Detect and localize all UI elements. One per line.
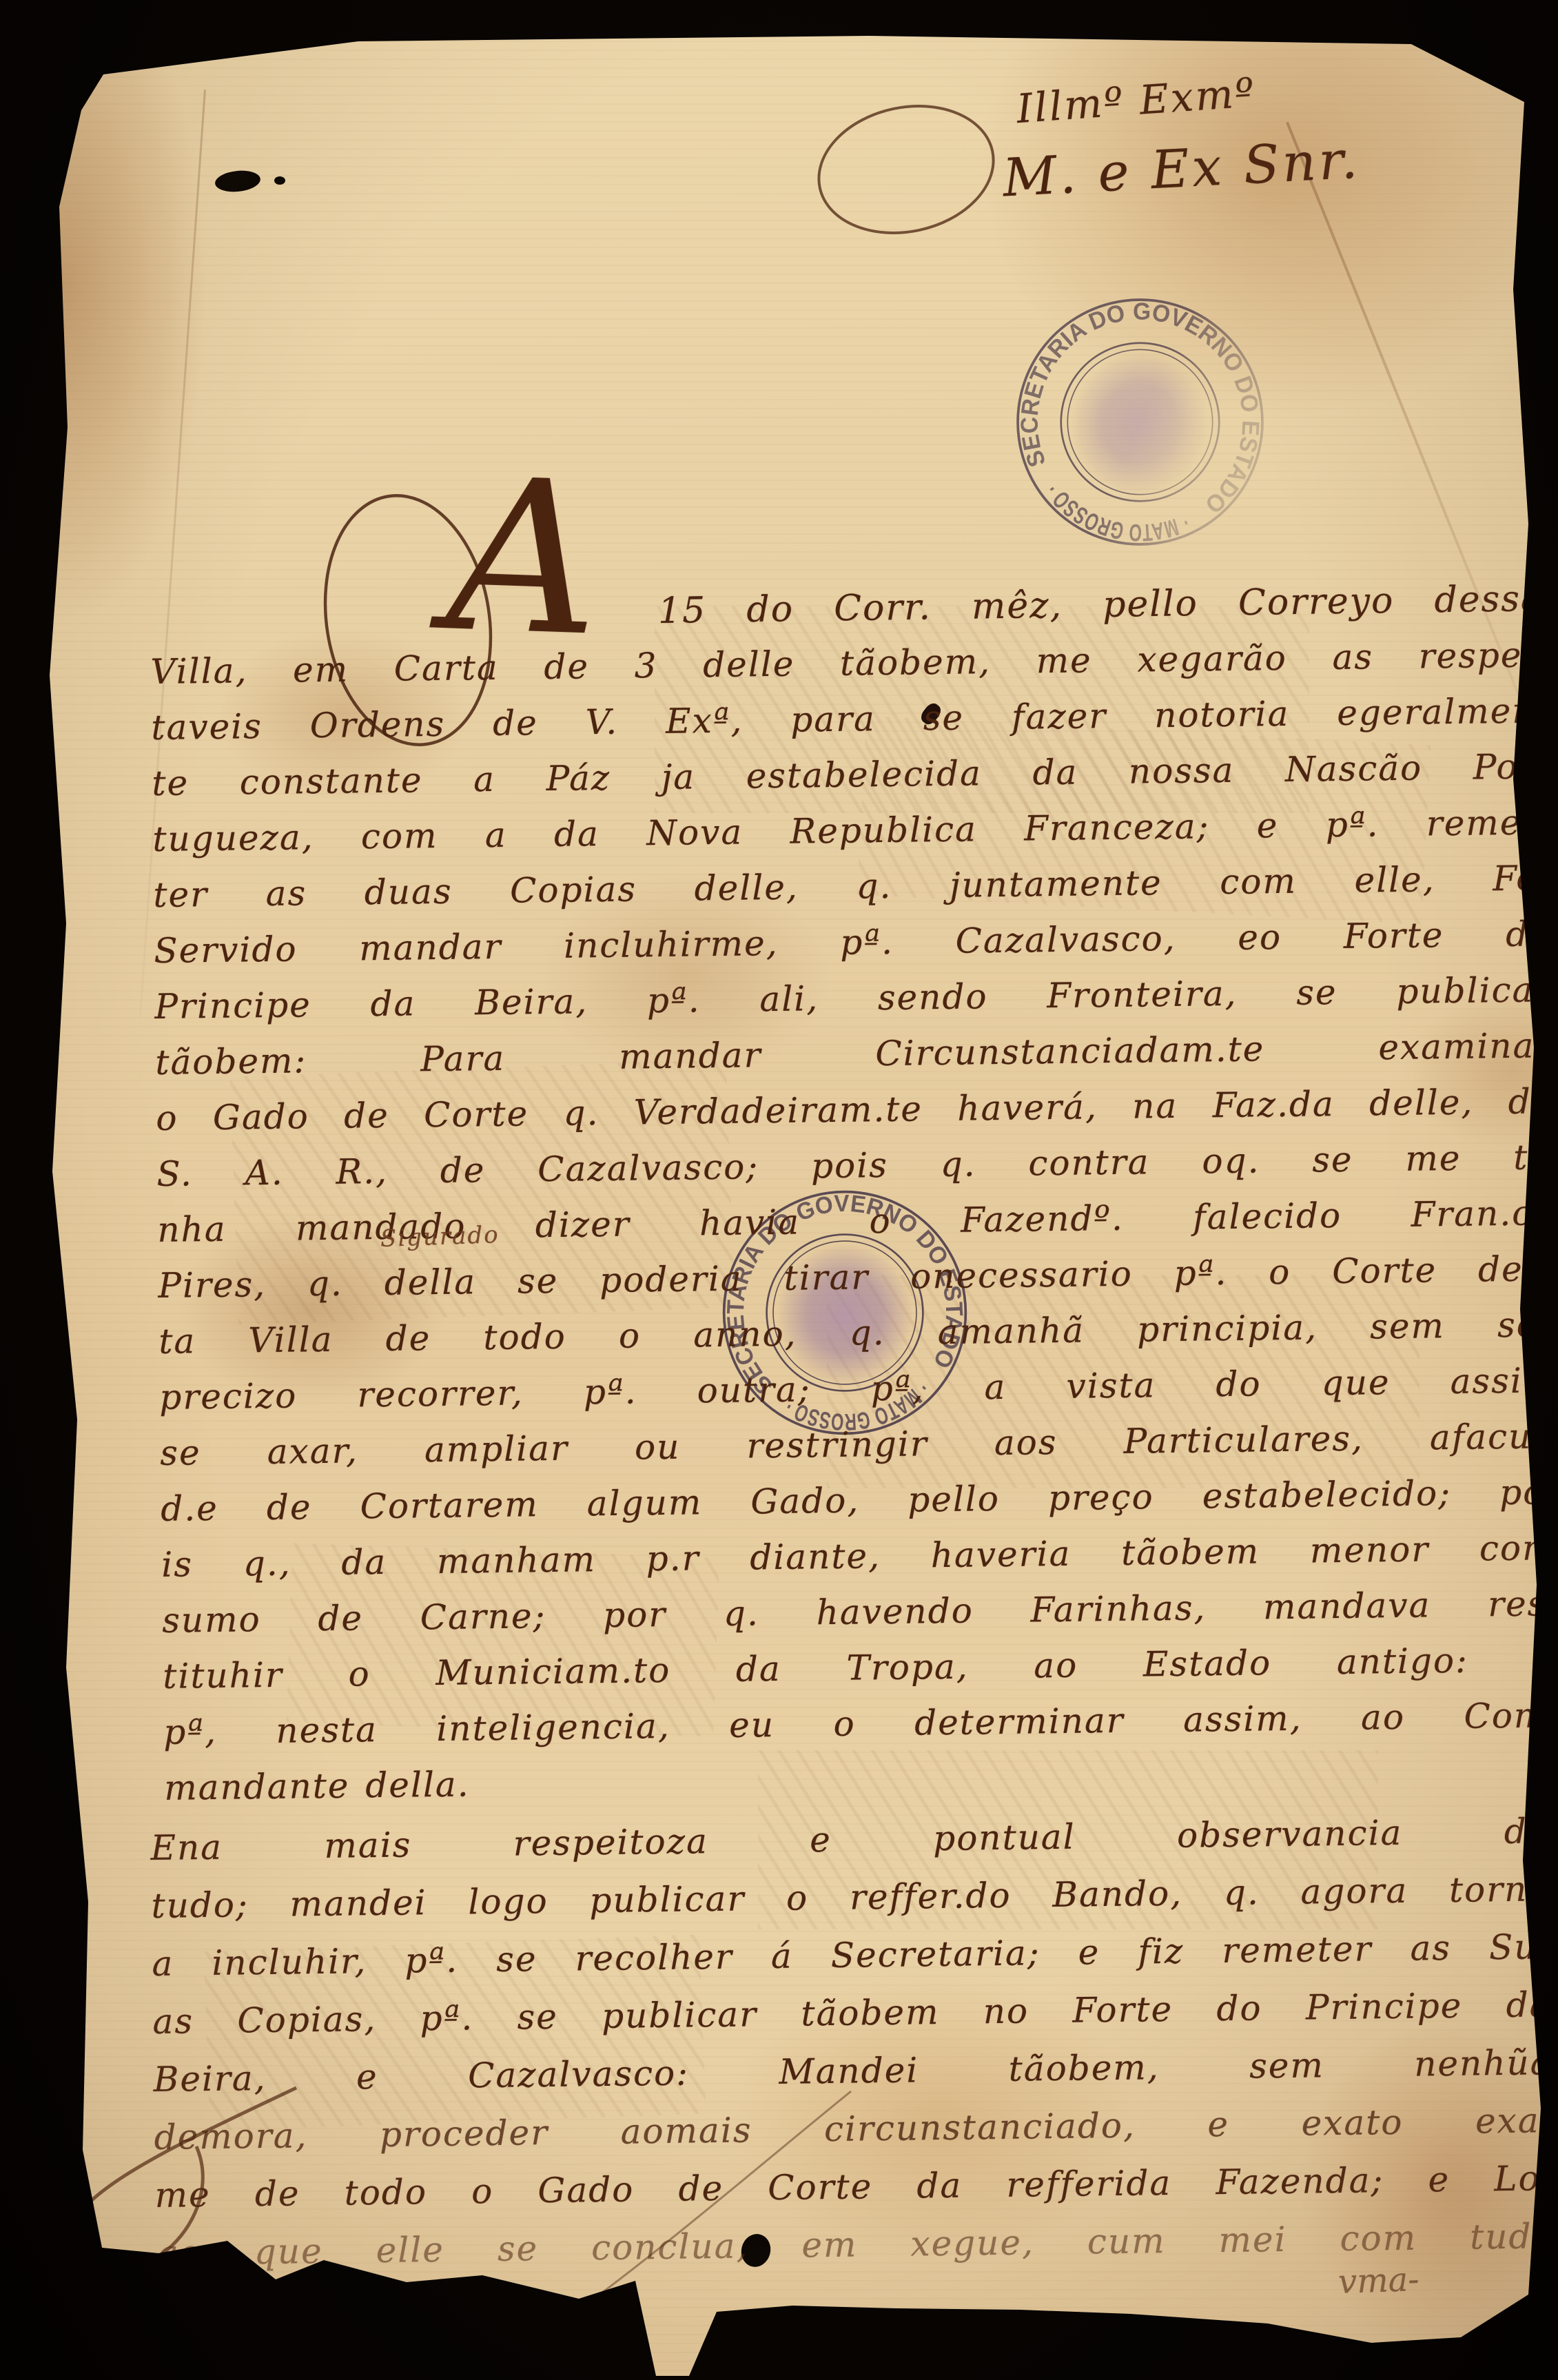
paper-sheet: SECRETARIA DO GOVERNO DO ESTADO · MATO G… xyxy=(0,0,1558,2380)
paragraph-1: Villa, em Carta de 3 delle tãobem, me xe… xyxy=(150,627,1558,1816)
catchword: vma- xyxy=(1337,2260,1419,2301)
paper-hole xyxy=(274,176,285,185)
stamp-arc-top-text: SECRETARIA DO GOVERNO DO ESTADO xyxy=(1001,271,1290,524)
svg-text:· MATO GROSSO ·: · MATO GROSSO · xyxy=(1032,474,1198,562)
paper-hole xyxy=(347,2279,385,2331)
paper-hole xyxy=(598,2307,631,2358)
calligraphic-flourish-icon xyxy=(806,88,1013,247)
opening-line: 15 do Corr. mêz, pello Correyo dessa xyxy=(658,578,1544,632)
interlinear-note: Sigurado xyxy=(380,1221,500,1253)
stamp-arc-bottom-text: · MATO GROSSO · xyxy=(1032,474,1198,562)
drop-cap-initial: A xyxy=(444,452,604,664)
svg-text:SECRETARIA DO GOVERNO DO ESTAD: SECRETARIA DO GOVERNO DO ESTADO xyxy=(1001,271,1290,524)
paper-hole xyxy=(214,169,262,194)
salutation-line-2: M. e Ex Snr. xyxy=(1001,128,1362,208)
manuscript-photo: SECRETARIA DO GOVERNO DO ESTADO · MATO G… xyxy=(0,0,1558,2380)
paragraph-2: Ena mais respeitoza e pontual observanci… xyxy=(150,1802,1555,2282)
salutation-line-1: Illmº Exmº xyxy=(1015,69,1258,132)
government-stamp-icon: SECRETARIA DO GOVERNO DO ESTADO · MATO G… xyxy=(963,245,1318,599)
